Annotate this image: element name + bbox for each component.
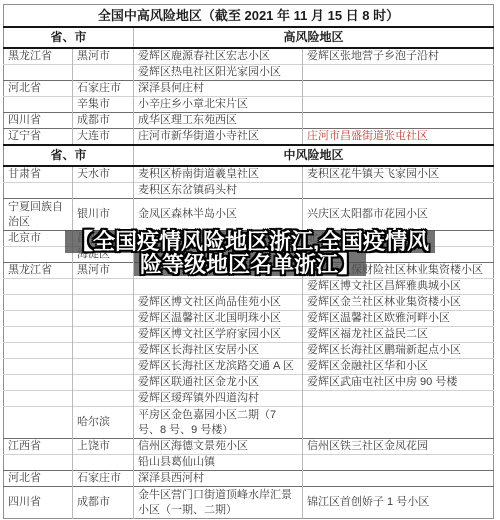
city-cell xyxy=(73,375,134,391)
province-cell xyxy=(4,279,73,295)
table-row: 麦积区东岔镇码头村 xyxy=(4,183,494,199)
city-cell: 石家庄市 xyxy=(73,471,134,487)
table-row: 爱辉区瑷珲镇外四道沟村 xyxy=(4,391,494,407)
province-cell xyxy=(4,183,73,199)
province-cell: 河北省 xyxy=(4,81,73,97)
city-cell: 石家庄市 xyxy=(73,81,134,97)
table-row: 海淀区 xyxy=(4,247,494,263)
area-cell: 爱辉区瑷珲镇外四道沟村 xyxy=(134,391,303,407)
table-row: 辽宁省 大连市 庄河市新华街道小寺社区 庄河市昌盛街道张屯社区 xyxy=(4,129,494,146)
area-cell: 爱辉区福龙社区益民二区 xyxy=(303,327,494,343)
table-row: 黑龙江省 黑河市 爱辉区鹿源春社区宏志小区 爱辉区张地营子乡泡子沿村 xyxy=(4,48,494,65)
city-cell: 成都市 xyxy=(73,487,134,519)
area-cell: 爱辉区温馨社区欧雅河畔小区 xyxy=(303,311,494,327)
table-row: 爱辉区热电社区阳光家园小区 xyxy=(4,65,494,81)
area-cell: 爱辉区金兰社区林业集资楼小区 xyxy=(303,295,494,311)
city-cell xyxy=(73,183,134,199)
province-cell xyxy=(4,327,73,343)
province-cell: 河北省 xyxy=(4,471,73,487)
area-cell: 锦江区首创娇子 1 号小区 xyxy=(303,487,494,519)
table-row: 爱辉区博文社区学府家园小区 爱辉区福龙社区益民二区 xyxy=(4,327,494,343)
province-cell: 四川省 xyxy=(4,113,73,129)
table-row: 宁夏回族自治区 银川市 金凤区森林半岛小区 兴庆区太阳都市花园小区 xyxy=(4,199,494,231)
province-city-header: 省、市 xyxy=(4,27,134,48)
table-row: 黑龙江省 黑河市 爱辉区人保财险社区林业集资楼小区 xyxy=(4,263,494,279)
area-cell xyxy=(303,183,494,199)
city-cell xyxy=(73,295,134,311)
high-risk-header-row: 省、市 高风险地区 xyxy=(4,27,494,48)
city-cell: 黑河市 xyxy=(73,263,134,279)
city-cell xyxy=(73,327,134,343)
city-cell: 银川市 xyxy=(73,199,134,231)
risk-area-table: 全国中高风险地区（截至 2021 年 11 月 15 日 8 时） 省、市 高风… xyxy=(3,4,494,519)
city-cell xyxy=(73,65,134,81)
area-cell xyxy=(303,65,494,81)
city-cell: 昌平区 xyxy=(73,231,134,247)
city-cell: 大连市 xyxy=(73,129,134,146)
area-cell: 兴庆区太阳都市花园小区 xyxy=(303,199,494,231)
area-cell: 麦积区花牛镇天飞家园小区 xyxy=(303,166,494,183)
area-cell: 爱辉区长海社区鹏瑞新起点小区 xyxy=(303,343,494,359)
province-cell: 江西省 xyxy=(4,439,73,455)
area-cell xyxy=(134,247,303,263)
table-row: 爱辉区长海社区龙滨路交通 A 区 爱辉区金融社区华和小区 xyxy=(4,359,494,375)
province-cell: 黑龙江省 xyxy=(4,48,73,65)
city-cell: 海淀区 xyxy=(73,247,134,263)
province-cell: 甘肃省 xyxy=(4,166,73,183)
table-row: 爱辉区博文社区昌辉雅典城小区 xyxy=(4,279,494,295)
city-cell: 天水市 xyxy=(73,166,134,183)
province-cell xyxy=(4,97,73,113)
table-row: 河北省 石家庄市 深泽县何庄村 xyxy=(4,81,494,97)
area-cell: 爱辉区温馨社区北国明珠小区 xyxy=(134,311,303,327)
province-cell: 黑龙江省 xyxy=(4,263,73,279)
area-cell: 信州区海德文景苑小区 xyxy=(134,439,303,455)
table-row: 河北省 石家庄市 深泽县西河村 xyxy=(4,471,494,487)
table-row: 江西省 上饶市 信州区海德文景苑小区 信州区铁三社区金凤花园 xyxy=(4,439,494,455)
area-cell: 小辛庄乡小章北宋片区 xyxy=(134,97,303,113)
medium-risk-header-row: 省、市 中风险地区 xyxy=(4,145,494,166)
city-cell xyxy=(73,391,134,407)
area-cell: 深泽县西河村 xyxy=(134,471,303,487)
city-cell xyxy=(73,455,134,471)
area-cell xyxy=(303,407,494,439)
province-cell xyxy=(4,375,73,391)
area-cell: 平房区金色嘉园小区二期（7 号、8 号、9 号楼） xyxy=(134,407,303,439)
city-cell xyxy=(73,359,134,375)
area-cell: 爱辉区鹿源春社区宏志小区 xyxy=(134,48,303,65)
table-row: 哈尔滨 平房区金色嘉园小区二期（7 号、8 号、9 号楼） xyxy=(4,407,494,439)
city-cell: 黑河市 xyxy=(73,48,134,65)
area-cell xyxy=(303,247,494,263)
area-cell: 爱辉区人保财险社区林业集资楼小区 xyxy=(303,263,494,279)
province-cell: 四川省 xyxy=(4,487,73,519)
area-cell: 爱辉区张地营子乡泡子沿村 xyxy=(303,48,494,65)
city-cell xyxy=(73,343,134,359)
province-cell: 辽宁省 xyxy=(4,129,73,146)
table-title-row: 全国中高风险地区（截至 2021 年 11 月 15 日 8 时） xyxy=(4,5,494,28)
high-risk-header: 高风险地区 xyxy=(134,27,494,48)
area-cell: 爱辉区博文社区尚品佳苑小区 xyxy=(134,295,303,311)
area-cell: 信州区铁三社区金凤花园 xyxy=(303,439,494,455)
province-cell xyxy=(4,295,73,311)
area-cell: 金凤区森林半岛小区 xyxy=(134,199,303,231)
province-city-header: 省、市 xyxy=(4,145,134,166)
city-cell: 哈尔滨 xyxy=(73,407,134,439)
table-row: 爱辉区温馨社区北国明珠小区 爱辉区温馨社区欧雅河畔小区 xyxy=(4,311,494,327)
province-cell xyxy=(4,247,73,263)
page: { "colors": { "highlight_red": "#c23b30"… xyxy=(0,0,500,520)
table-row: 甘肃省 天水市 麦积区桥南街道羲皇社区 麦积区花牛镇天飞家园小区 xyxy=(4,166,494,183)
city-cell xyxy=(73,311,134,327)
province-cell xyxy=(4,391,73,407)
area-cell: 麦积区桥南街道羲皇社区 xyxy=(134,166,303,183)
area-cell: 爱辉区博文社区学府家园小区 xyxy=(134,327,303,343)
area-cell: 爱辉区联通社区金龙小区 xyxy=(134,375,303,391)
area-cell: 爱辉区长海社区龙滨路交通 A 区 xyxy=(134,359,303,375)
province-cell xyxy=(4,343,73,359)
area-cell xyxy=(134,279,303,295)
table-row: 北京市 昌平区 天通苑北街道天通北苑第二社区 北七家镇宏福苑社区 xyxy=(4,231,494,247)
area-cell xyxy=(303,113,494,129)
area-cell xyxy=(303,471,494,487)
city-cell xyxy=(73,279,134,295)
province-cell xyxy=(4,311,73,327)
city-cell: 成都市 xyxy=(73,113,134,129)
table-row: 四川省 成都市 金牛区营门口街道顶峰水岸汇景小区（一期、二期） 锦江区首创娇子 … xyxy=(4,487,494,519)
area-cell: 金牛区营门口街道顶峰水岸汇景小区（一期、二期） xyxy=(134,487,303,519)
area-cell: 爱辉区长海社区安居小区 xyxy=(134,343,303,359)
city-cell: 辛集市 xyxy=(73,97,134,113)
table-row: 爱辉区联通社区金龙小区 爱辉区武庙屯社区中房 90 号楼 xyxy=(4,375,494,391)
table-row: 铅山县葛仙山镇 xyxy=(4,455,494,471)
area-cell: 爱辉区博文社区昌辉雅典城小区 xyxy=(303,279,494,295)
area-cell: 成华区理工东苑西区 xyxy=(134,113,303,129)
area-cell: 铅山县葛仙山镇 xyxy=(134,455,303,471)
province-cell: 北京市 xyxy=(4,231,73,247)
province-cell xyxy=(4,455,73,471)
area-cell: 爱辉区热电社区阳光家园小区 xyxy=(134,65,303,81)
area-cell: 爱辉区武庙屯社区中房 90 号楼 xyxy=(303,375,494,391)
table-title: 全国中高风险地区（截至 2021 年 11 月 15 日 8 时） xyxy=(4,5,494,28)
area-cell: 麦积区东岔镇码头村 xyxy=(134,183,303,199)
table-row: 爱辉区长海社区安居小区 爱辉区长海社区鹏瑞新起点小区 xyxy=(4,343,494,359)
table-row: 四川省 成都市 成华区理工东苑西区 xyxy=(4,113,494,129)
highlighted-area-cell: 庄河市昌盛街道张屯社区 xyxy=(303,129,494,146)
area-cell xyxy=(303,391,494,407)
area-cell: 天通苑北街道天通北苑第二社区 xyxy=(134,231,303,247)
medium-risk-header: 中风险地区 xyxy=(134,145,494,166)
area-cell xyxy=(303,455,494,471)
area-cell xyxy=(303,97,494,113)
city-cell: 上饶市 xyxy=(73,439,134,455)
province-cell xyxy=(4,359,73,375)
area-cell: 深泽县何庄村 xyxy=(134,81,303,97)
area-cell xyxy=(134,263,303,279)
area-cell: 爱辉区金融社区华和小区 xyxy=(303,359,494,375)
table-row: 辛集市 小辛庄乡小章北宋片区 xyxy=(4,97,494,113)
area-cell: 庄河市新华街道小寺社区 xyxy=(134,129,303,146)
province-cell xyxy=(4,407,73,439)
area-cell: 北七家镇宏福苑社区 xyxy=(303,231,494,247)
area-cell xyxy=(303,81,494,97)
province-cell: 宁夏回族自治区 xyxy=(4,199,73,231)
province-cell xyxy=(4,65,73,81)
table-row: 爱辉区博文社区尚品佳苑小区 爱辉区金兰社区林业集资楼小区 xyxy=(4,295,494,311)
